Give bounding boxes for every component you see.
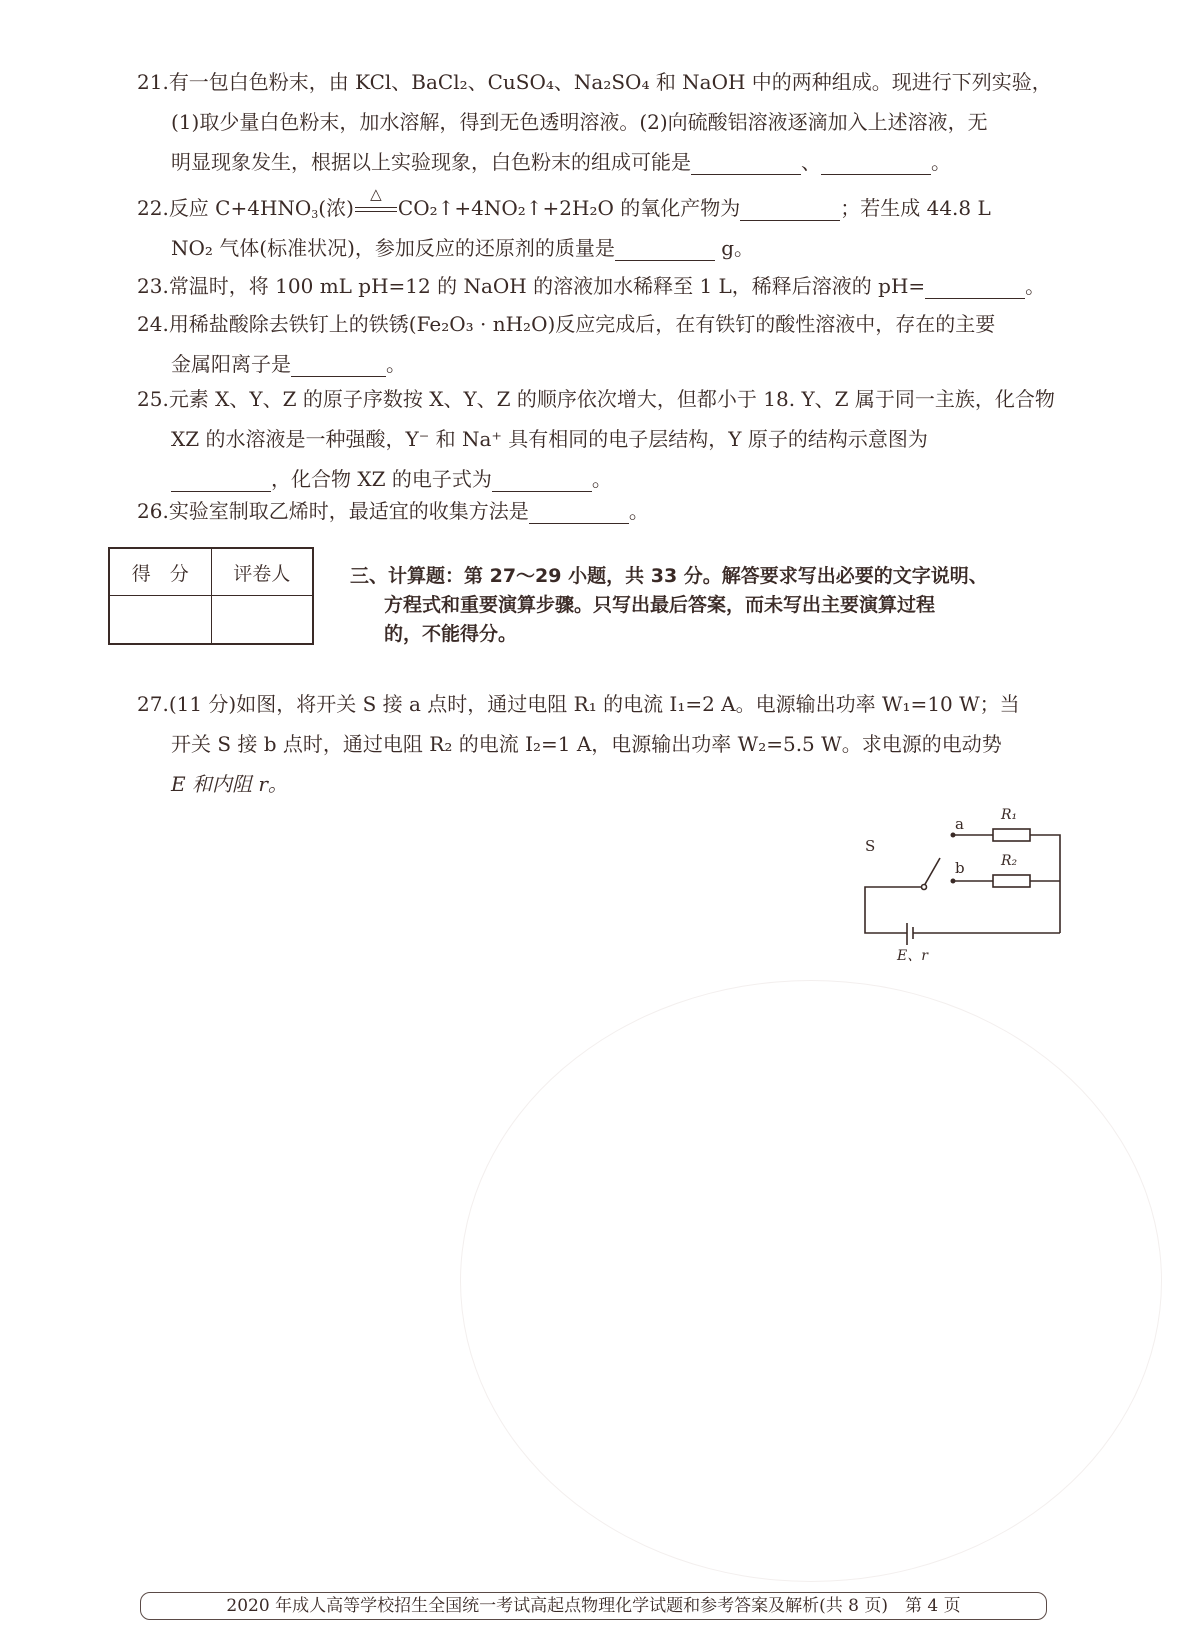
question-24: 24.用稀盐酸除去铁钉上的铁锈(Fe₂O₃ · nH₂O)反应完成后，在有铁钉的… — [137, 304, 1067, 384]
question-23: 23.常温时，将 100 mL pH=12 的 NaOH 的溶液加水稀释至 1 … — [137, 266, 1067, 306]
answer-blank[interactable] — [740, 196, 840, 221]
answer-blank[interactable] — [291, 352, 386, 377]
point-a-label: a — [955, 815, 964, 833]
q21-line-2: (1)取少量白色粉末，加水溶解，得到无色透明溶液。(2)向硫酸铝溶液逐滴加入上述… — [137, 102, 1067, 142]
q22-line-2: NO₂ 气体(标准状况)，参加反应的还原剂的质量是 g。 — [137, 228, 1067, 268]
section-3-heading: 三、计算题：第 27～29 小题，共 33 分。解答要求写出必要的文字说明、 方… — [350, 562, 1070, 649]
score-table: 得 分 评卷人 — [108, 547, 314, 645]
answer-blank[interactable] — [925, 274, 1025, 299]
answer-blank[interactable] — [691, 150, 801, 175]
question-21: 21.有一包白色粉末，由 KCl、BaCl₂、CuSO₄、Na₂SO₄ 和 Na… — [137, 62, 1067, 182]
question-26: 26.实验室制取乙烯时，最适宜的收集方法是。 — [137, 491, 1067, 531]
reaction-condition: △ — [354, 188, 398, 228]
question-22: 22.反应 C+4HNO3(浓)△CO₂↑+4NO₂↑+2H₂O 的氧化产物为；… — [137, 188, 1067, 268]
answer-blank[interactable] — [492, 467, 592, 492]
q21-line-3: 明显现象发生，根据以上实验现象，白色粉末的组成可能是、。 — [137, 142, 1067, 182]
watermark-circle — [460, 980, 1162, 1582]
r2-label: R₂ — [1001, 853, 1017, 869]
score-header: 得 分 — [109, 548, 211, 596]
answer-blank[interactable] — [821, 150, 931, 175]
r1-label: R₁ — [1001, 807, 1017, 823]
q22-line-1: 22.反应 C+4HNO3(浓)△CO₂↑+4NO₂↑+2H₂O 的氧化产物为；… — [137, 188, 1067, 228]
question-27: 27.(11 分)如图，将开关 S 接 a 点时，通过电阻 R₁ 的电流 I₁=… — [137, 684, 1067, 804]
heat-triangle-icon: △ — [354, 174, 398, 214]
grader-cell[interactable] — [211, 596, 313, 645]
grader-header: 评卷人 — [211, 548, 313, 596]
question-25: 25.元素 X、Y、Z 的原子序数按 X、Y、Z 的顺序依次增大，但都小于 18… — [137, 379, 1067, 499]
page-footer: 2020 年成人高等学校招生全国统一考试高起点物理化学试题和参考答案及解析(共 … — [140, 1592, 1047, 1620]
q21-line-1: 21.有一包白色粉末，由 KCl、BaCl₂、CuSO₄、Na₂SO₄ 和 Na… — [137, 62, 1067, 102]
switch-label: S — [865, 837, 875, 855]
score-cell[interactable] — [109, 596, 211, 645]
answer-blank[interactable] — [529, 499, 629, 524]
answer-blank[interactable] — [615, 236, 715, 261]
circuit-diagram: S a b R₁ R₂ E、r — [855, 795, 1075, 959]
source-label: E、r — [897, 945, 928, 965]
question-number: 21. — [137, 70, 169, 94]
answer-blank[interactable] — [171, 467, 271, 492]
exam-page: 21.有一包白色粉末，由 KCl、BaCl₂、CuSO₄、Na₂SO₄ 和 Na… — [0, 0, 1200, 1650]
point-b-label: b — [955, 859, 965, 877]
